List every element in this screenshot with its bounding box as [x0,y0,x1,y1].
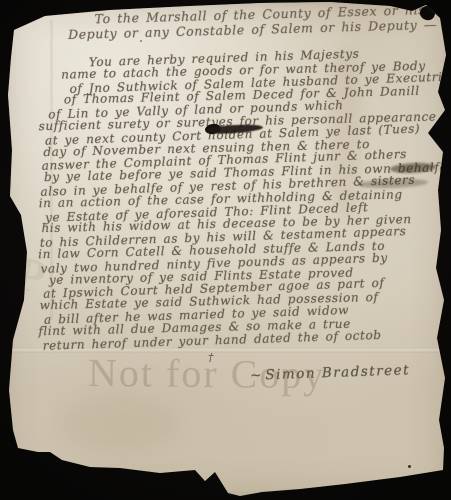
body-text: You are herby required in his Majestysna… [31,45,451,351]
address-heading: To the Marshall of the County of Essex o… [29,1,450,43]
cross-mark: † [208,351,214,364]
handwritten-text-block: To the Marshall of the County of Essex o… [29,1,451,351]
ink-speck [408,465,411,468]
photo-background: P Not for Copy To the Marshall of the Co… [0,0,451,500]
signature-flourish: ~ [250,367,262,383]
manuscript-paper: P Not for Copy To the Marshall of the Co… [0,0,451,500]
paper-stain [60,395,180,450]
